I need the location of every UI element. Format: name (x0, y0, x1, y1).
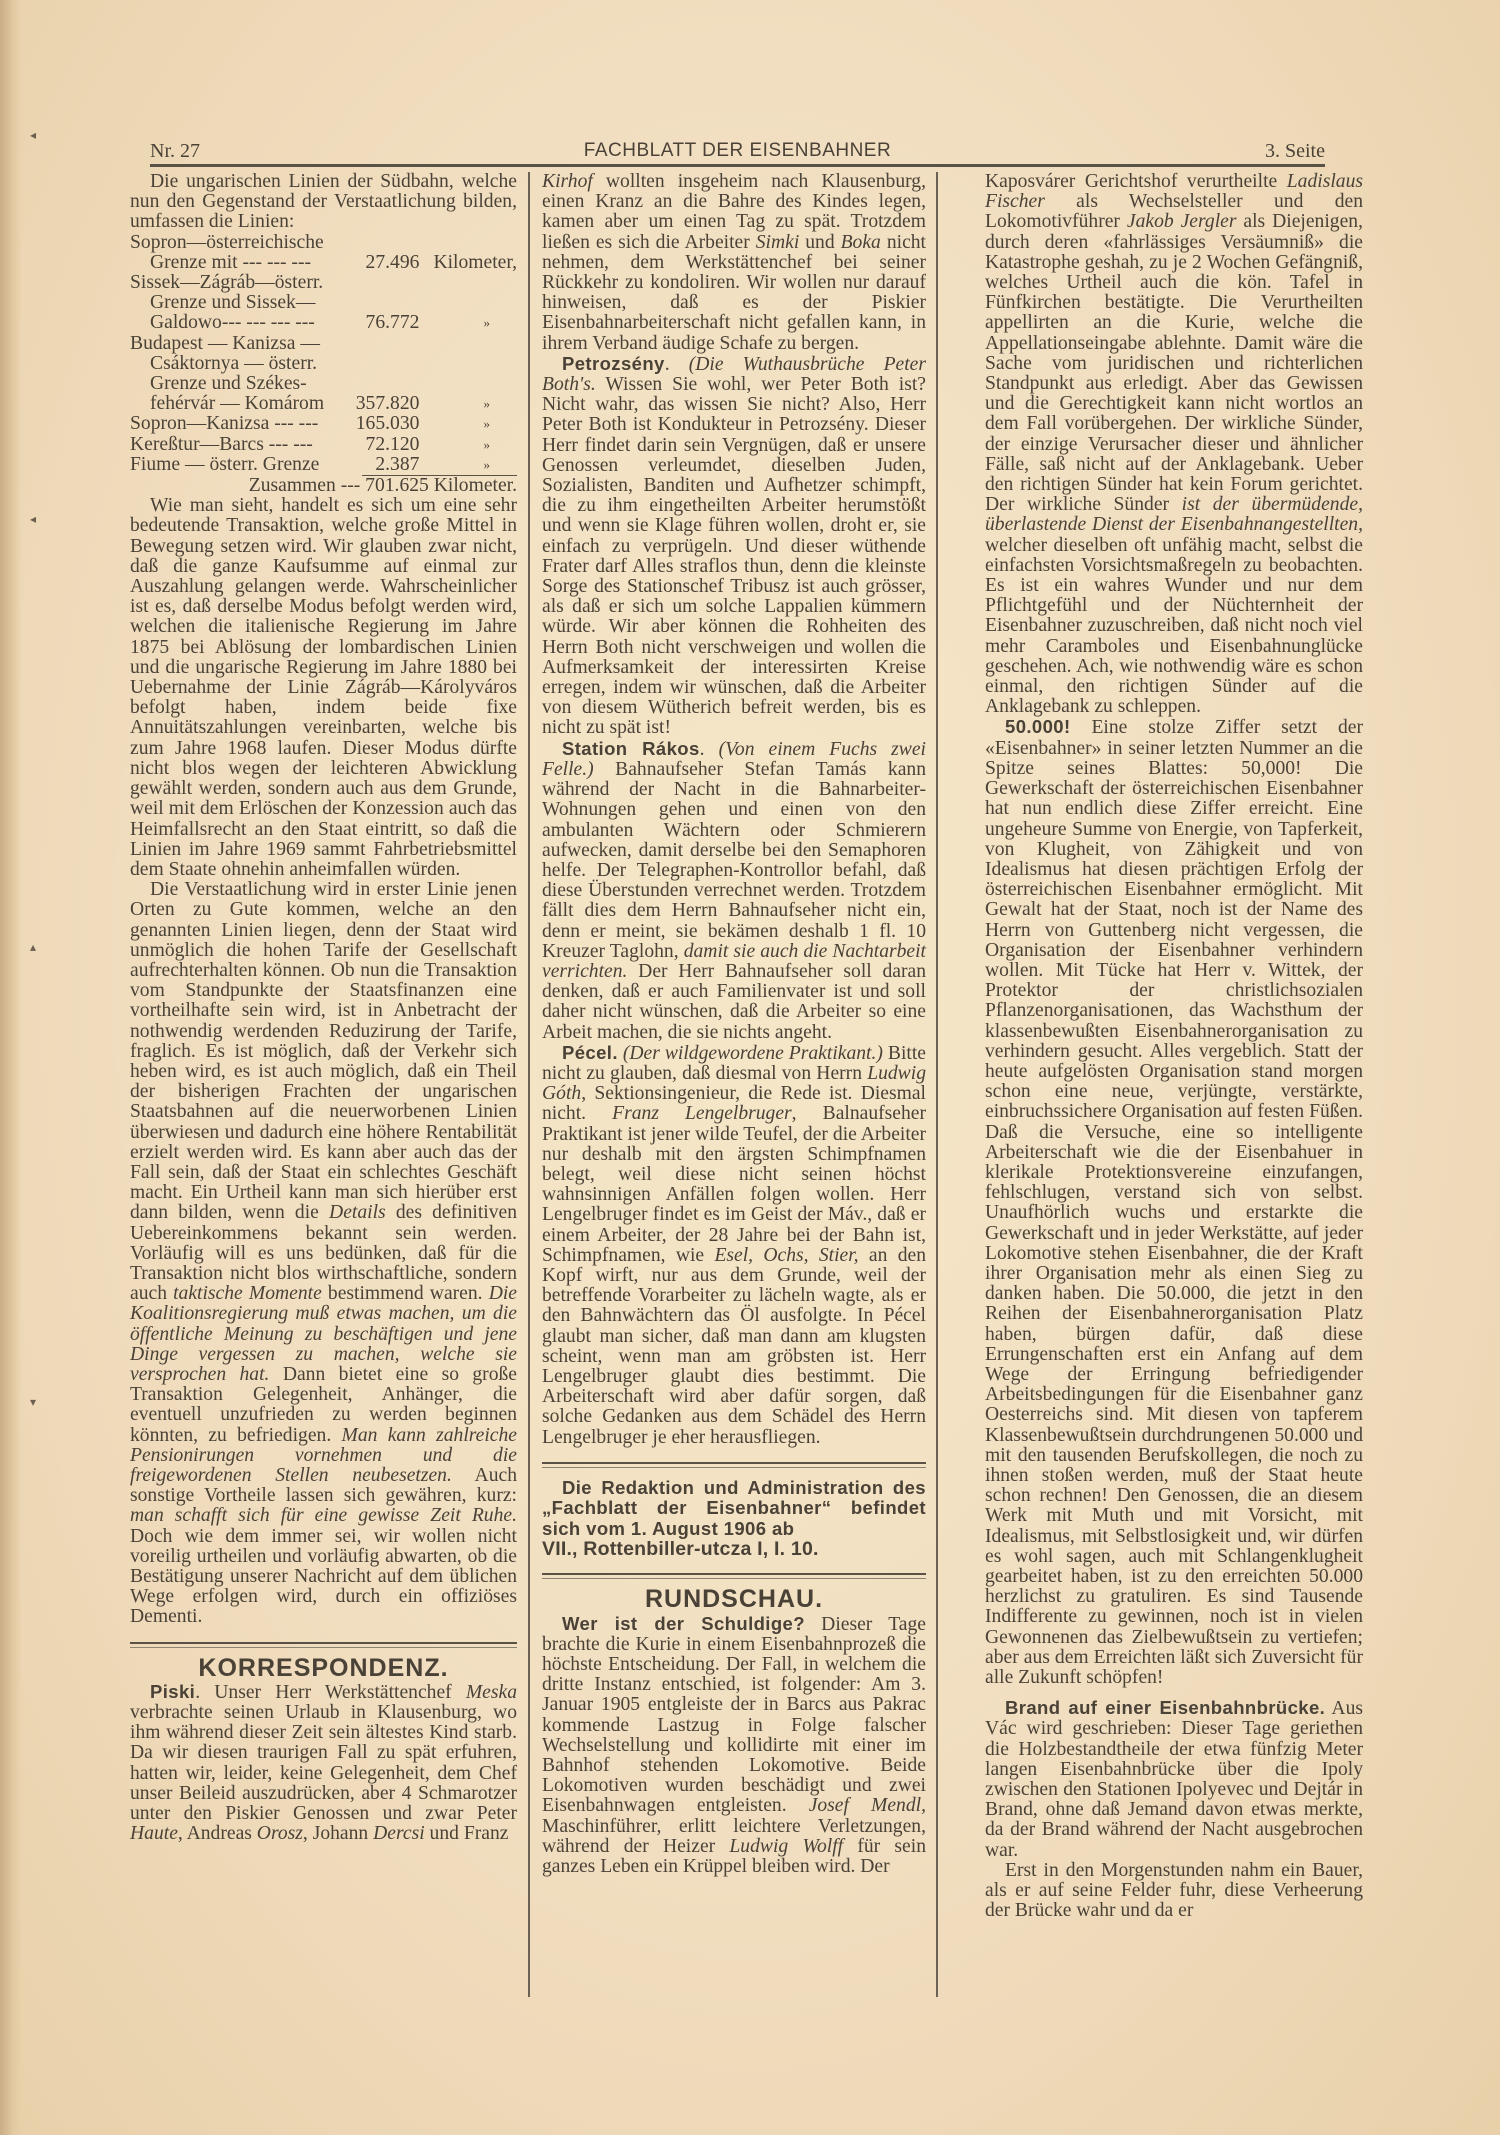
railway-lines-table: Sopron—österreichischeGrenze mit --- ---… (130, 233, 517, 475)
column-divider (936, 172, 938, 1997)
correspondence-pecel: Pécel. (Der wildgewordene Praktikant.) B… (542, 1043, 926, 1448)
correspondence-rakos: Station Rákos. (Von einem Fuchs zwei Fel… (542, 739, 926, 1043)
column-2: Kirhof wollten insgeheim nach Klausenbur… (542, 172, 926, 1877)
address-notice: Die Redaktion und Administration des „Fa… (542, 1478, 926, 1560)
section-divider (542, 1462, 926, 1468)
line-row: Sissek—Zágráb—österr. (130, 273, 517, 293)
article-paragraph: Die Verstaatlichung wird in erster Linie… (130, 880, 517, 1628)
line-row: Grenze mit --- --- ---27.496Kilometer, (130, 253, 517, 273)
section-heading-korrespondenz: KORRESPONDENZ. (130, 1658, 517, 1678)
lines-total: Zusammen --- 701.625 Kilometer. (130, 476, 517, 496)
paper-blemish: ▾ (30, 1395, 36, 1410)
line-row: Csáktornya — österr. (130, 354, 517, 374)
column-1: Die ungarischen Linien der Südbahn, welc… (130, 172, 517, 1844)
column-divider (528, 172, 530, 1997)
article-intro: Die ungarischen Linien der Südbahn, welc… (130, 172, 517, 233)
column-3: Kaposvárer Gerichtshof verurtheilte Ladi… (985, 172, 1363, 1921)
correspondence-petrozseny: Petrozsény. (Die Wuthausbrüche Peter Bot… (542, 354, 926, 739)
section-divider (542, 1573, 926, 1579)
correspondence-piski: Piski. Unser Herr Werkstättenchef Meska … (130, 1682, 517, 1845)
news-brand-continued: Erst in den Morgenstunden nahm ein Bauer… (985, 1861, 1363, 1922)
paper-blemish: ▴ (30, 940, 36, 955)
page-header: Nr. 27 FACHBLATT DER EISENBAHNER 3. Seit… (150, 138, 1325, 167)
news-50000: 50.000! Eine stolze Ziffer setzt der «Ei… (985, 717, 1363, 1688)
page-binding-edge (0, 0, 22, 2135)
section-heading-rundschau: RUNDSCHAU. (542, 1589, 926, 1609)
news-brand: Brand auf einer Eisenbahnbrücke. Aus Vác… (985, 1698, 1363, 1861)
correspondence-piski-continued: Kirhof wollten insgeheim nach Klausenbur… (542, 172, 926, 354)
newspaper-title: FACHBLATT DER EISENBAHNER (150, 140, 1325, 162)
news-schuldige-continued: Kaposvárer Gerichtshof verurtheilte Ladi… (985, 172, 1363, 717)
paper-blemish: ◂ (30, 512, 36, 527)
line-row: Galdowo--- --- --- ---76.772» (130, 313, 517, 333)
line-row: Sopron—österreichische (130, 233, 517, 253)
line-row: Sopron—Kanizsa --- ---165.030» (130, 414, 517, 434)
news-schuldige: Wer ist der Schuldige? Dieser Tage brach… (542, 1614, 926, 1878)
line-row: Kereßtur—Barcs --- ---72.120» (130, 435, 517, 455)
line-row: Budapest — Kanizsa — (130, 334, 517, 354)
address-line: VII., Rottenbiller-utcza I, I. 10. (542, 1539, 926, 1559)
line-row: Fiume — österr. Grenze2.387» (130, 455, 517, 475)
article-paragraph: Wie man sieht, handelt es sich um eine s… (130, 496, 517, 880)
page-number: 3. Seite (1265, 140, 1325, 163)
line-row: Grenze und Sissek— (130, 293, 517, 313)
paper-blemish: ◂ (30, 128, 36, 143)
line-row: fehérvár — Komárom357.820» (130, 394, 517, 414)
section-divider (130, 1642, 517, 1648)
line-row: Grenze und Székes- (130, 374, 517, 394)
